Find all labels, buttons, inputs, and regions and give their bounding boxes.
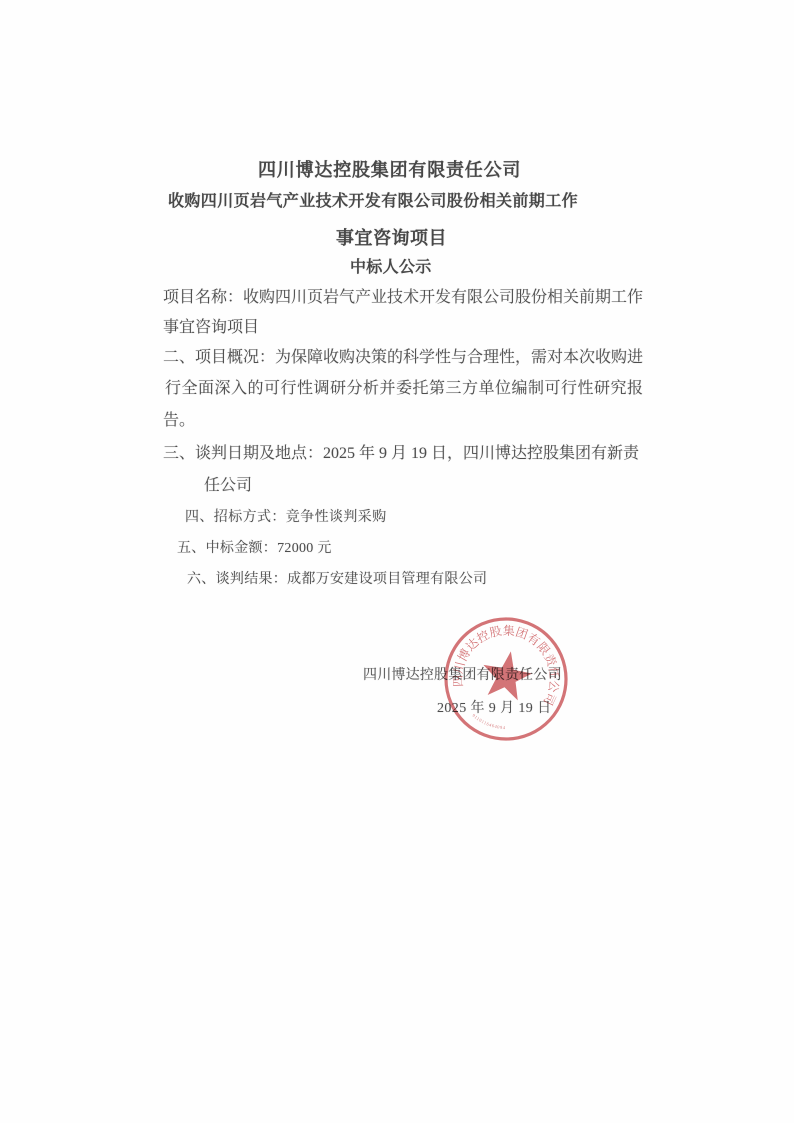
body-line-date-place-1: 三、谈判日期及地点：2025 年 9 月 19 日，四川博达控股集团有新责: [163, 446, 639, 462]
body-line-date-place-2: 任公司: [204, 478, 252, 494]
body-line-bid-method: 四、招标方式：竞争性谈判采购: [185, 511, 387, 525]
doc-title-announcement: 中标人公示: [350, 260, 432, 276]
body-line-overview-2: 行全面深入的可行性调研分析并委托第三方单位编制可行性研究报: [165, 381, 644, 397]
signature-company: 四川博达控股集团有限责任公司: [363, 669, 562, 683]
doc-title-company: 四川博达控股集团有限责任公司: [258, 161, 521, 179]
doc-title-project-2: 事宜咨询项目: [336, 229, 447, 247]
body-line-bid-amount: 五、中标金额：72000 元: [177, 542, 332, 556]
document-page: 四川博达控股集团有限责任公司 收购四川页岩气产业技术开发有限公司股份相关前期工作…: [0, 0, 794, 1123]
body-line-project-name-1: 项目名称：收购四川页岩气产业技术开发有限公司股份相关前期工作: [163, 290, 643, 306]
seal-arc-text: 四川博达控股集团有限责任公司: [448, 614, 570, 709]
body-line-overview-1: 二、项目概况：为保障收购决策的科学性与合理性，需对本次收购进: [163, 350, 643, 366]
seal-arc-text-holder: 四川博达控股集团有限责任公司: [448, 614, 570, 709]
body-line-overview-3: 告。: [163, 413, 195, 429]
doc-title-project-1: 收购四川页岩气产业技术开发有限公司股份相关前期工作: [168, 194, 578, 210]
body-line-project-name-2: 事宜咨询项目: [163, 320, 259, 336]
body-line-result: 六、谈判结果：成都万安建设项目管理有限公司: [187, 573, 487, 587]
signature-date: 2025 年 9 月 19 日: [437, 702, 552, 716]
